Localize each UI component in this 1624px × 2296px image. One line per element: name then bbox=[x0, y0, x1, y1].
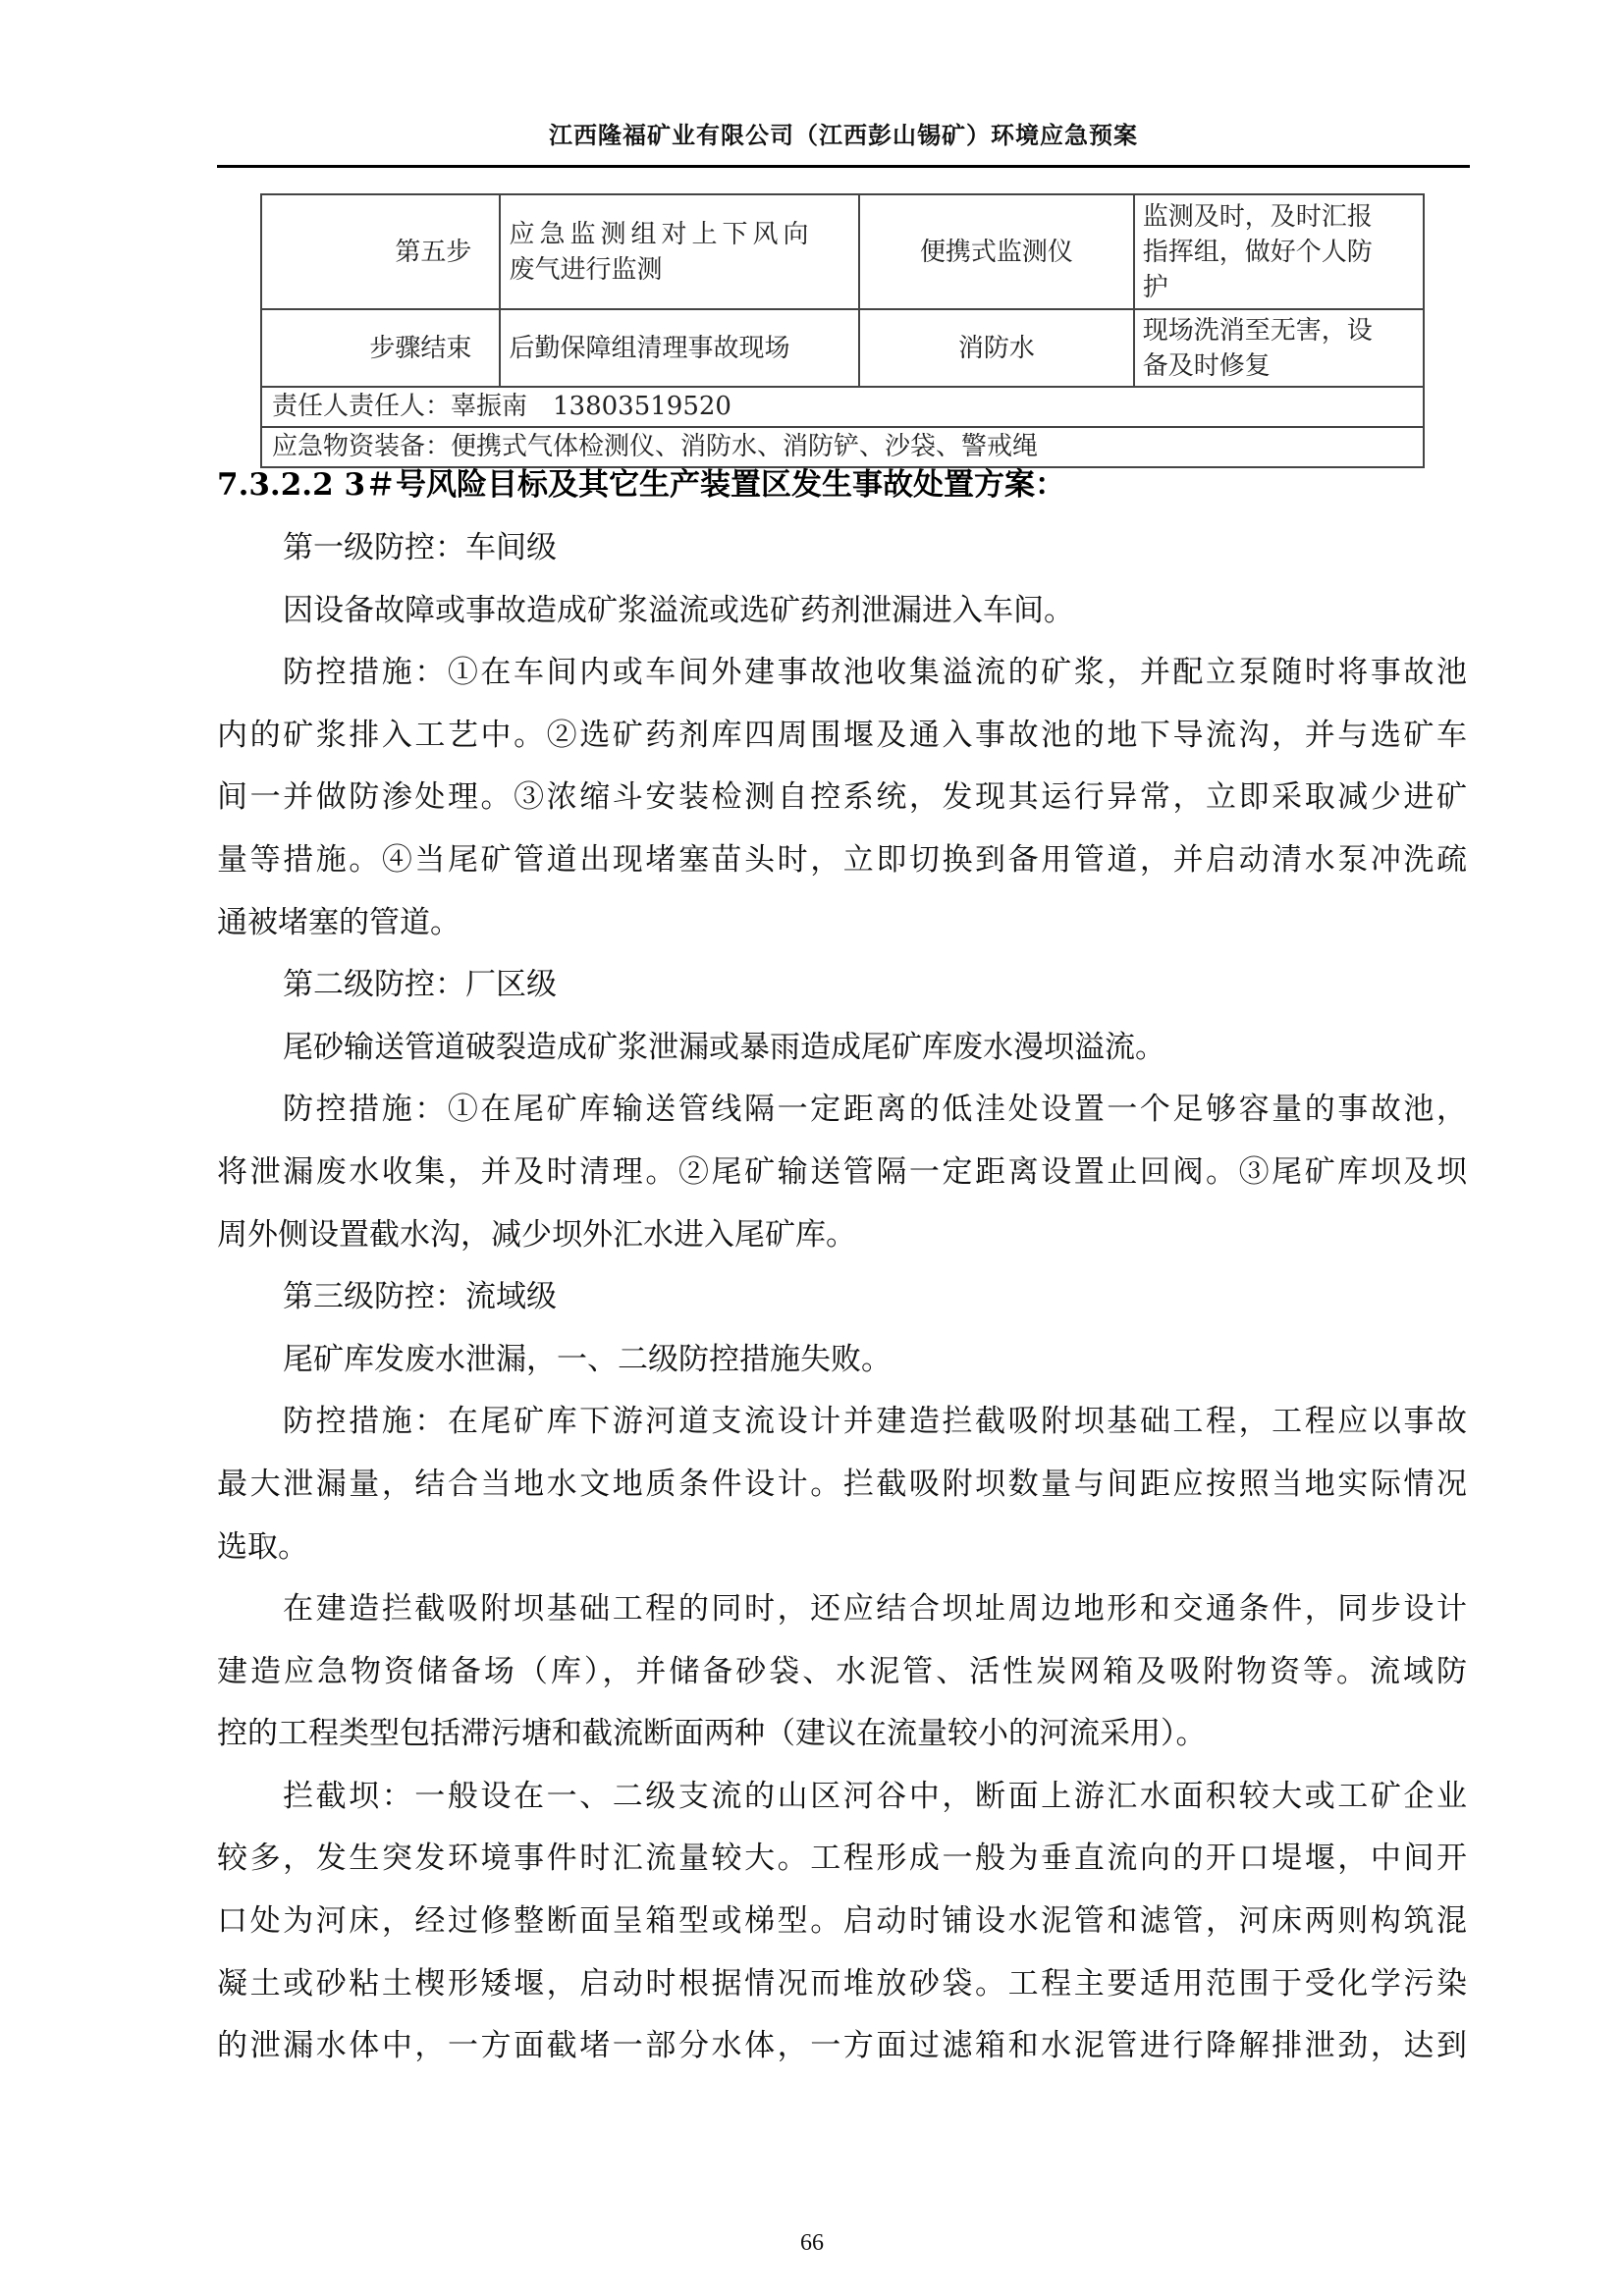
paragraph-line: 将泄漏废水收集，并及时清理。②尾矿输送管隔一定距离设置止回阀。③尾矿库坝及坝 bbox=[217, 1142, 1467, 1204]
emergency-steps-table: 第五步 应急监测组对上下风向 废气进行监测 便携式监测仪 监测及时，及时汇报 指… bbox=[260, 193, 1425, 468]
paragraph-line: 较多，发生突发环境事件时汇流量较大。工程形成一般为垂直流向的开口堤堰，中间开 bbox=[217, 1828, 1467, 1891]
paragraph-line: 因设备故障或事故造成矿浆溢流或选矿药剂泄漏进入车间。 bbox=[217, 580, 1467, 643]
document-header-title: 江西隆福矿业有限公司（江西彭山锡矿）环境应急预案 bbox=[217, 116, 1470, 150]
equipment-label: 便携式监测仪 bbox=[920, 238, 1073, 267]
paragraph-line: 第三级防控：流域级 bbox=[217, 1266, 1467, 1329]
responsible-person-cell: 责任人责任人：辜振南 13803519520 bbox=[261, 387, 1424, 427]
paragraph-line: 尾矿库发废水泄漏，一、二级防控措施失败。 bbox=[217, 1329, 1467, 1392]
requirement-line: 护 bbox=[1143, 270, 1415, 305]
paragraph-line: 尾砂输送管道破裂造成矿浆泄漏或暴雨造成尾矿库废水漫坝溢流。 bbox=[217, 1017, 1467, 1080]
paragraph-line: 间一并做防渗处理。③浓缩斗安装检测自控系统，发现其运行异常，立即采取减少进矿 bbox=[217, 767, 1467, 829]
paragraph-line: 防控措施：在尾矿库下游河道支流设计并建造拦截吸附坝基础工程，工程应以事故 bbox=[217, 1391, 1467, 1454]
paragraph-line: 量等措施。④当尾矿管道出现堵塞苗头时，立即切换到备用管道，并启动清水泵冲洗疏 bbox=[217, 829, 1467, 892]
equipment-cell: 便携式监测仪 bbox=[859, 194, 1134, 309]
requirement-cell: 监测及时，及时汇报 指挥组，做好个人防 护 bbox=[1134, 194, 1424, 309]
action-line: 废气进行监测 bbox=[509, 252, 850, 288]
paragraph-line: 第一级防控：车间级 bbox=[217, 517, 1467, 580]
step-label: 第五步 bbox=[270, 235, 471, 270]
paragraph-line: 通被堵塞的管道。 bbox=[217, 892, 1467, 955]
action-cell: 后勤保障组清理事故现场 bbox=[500, 309, 859, 387]
requirement-line: 监测及时，及时汇报 bbox=[1143, 199, 1415, 235]
equipment-cell: 消防水 bbox=[859, 309, 1134, 387]
paragraph-line: 建造应急物资储备场（库），并储备砂袋、水泥管、活性炭网箱及吸附物资等。流域防 bbox=[217, 1641, 1467, 1704]
table-row: 步骤结束 后勤保障组清理事故现场 消防水 现场洗消至无害，设 备及时修复 bbox=[261, 309, 1424, 387]
section-body: 第一级防控：车间级因设备故障或事故造成矿浆溢流或选矿药剂泄漏进入车间。防控措施：… bbox=[217, 517, 1467, 2078]
requirement-line: 备及时修复 bbox=[1143, 348, 1415, 384]
action-cell: 应急监测组对上下风向 废气进行监测 bbox=[500, 194, 859, 309]
paragraph-line: 内的矿浆排入工艺中。②选矿药剂库四周围堰及通入事故池的地下导流沟，并与选矿车 bbox=[217, 705, 1467, 768]
paragraph-line: 最大泄漏量，结合当地水文地质条件设计。拦截吸附坝数量与间距应按照当地实际情况 bbox=[217, 1454, 1467, 1517]
step-label: 步骤结束 bbox=[270, 331, 471, 366]
paragraph-line: 防控措施：①在车间内或车间外建事故池收集溢流的矿浆，并配立泵随时将事故池 bbox=[217, 642, 1467, 705]
table-row: 第五步 应急监测组对上下风向 废气进行监测 便携式监测仪 监测及时，及时汇报 指… bbox=[261, 194, 1424, 309]
requirement-line: 现场洗消至无害，设 bbox=[1143, 313, 1415, 348]
header-rule bbox=[217, 165, 1470, 168]
step-cell: 步骤结束 bbox=[261, 309, 500, 387]
requirement-cell: 现场洗消至无害，设 备及时修复 bbox=[1134, 309, 1424, 387]
step-cell: 第五步 bbox=[261, 194, 500, 309]
paragraph-line: 口处为河床，经过修整断面呈箱型或梯型。启动时铺设水泥管和滤管，河床两则构筑混 bbox=[217, 1891, 1467, 1953]
paragraph-line: 第二级防控：厂区级 bbox=[217, 954, 1467, 1017]
paragraph-line: 的泄漏水体中，一方面截堵一部分水体，一方面过滤箱和水泥管进行降解排泄劲，达到 bbox=[217, 2015, 1467, 2078]
paragraph-line: 凝土或砂粘土楔形矮堰，启动时根据情况而堆放砂袋。工程主要适用范围于受化学污染 bbox=[217, 1953, 1467, 2016]
paragraph-line: 防控措施：①在尾矿库输送管线隔一定距离的低洼处设置一个足够容量的事故池， bbox=[217, 1079, 1467, 1142]
equipment-label: 消防水 bbox=[958, 334, 1035, 363]
action-line: 后勤保障组清理事故现场 bbox=[509, 331, 850, 366]
paragraph-line: 选取。 bbox=[217, 1517, 1467, 1579]
requirement-line: 指挥组，做好个人防 bbox=[1143, 235, 1415, 270]
paragraph-line: 在建造拦截吸附坝基础工程的同时，还应结合坝址周边地形和交通条件，同步设计 bbox=[217, 1578, 1467, 1641]
action-line: 应急监测组对上下风向 bbox=[509, 217, 850, 252]
paragraph-line: 拦截坝：一般设在一、二级支流的山区河谷中，断面上游汇水面积较大或工矿企业 bbox=[217, 1766, 1467, 1829]
table-row: 责任人责任人：辜振南 13803519520 bbox=[261, 387, 1424, 427]
paragraph-line: 周外侧设置截水沟，减少坝外汇水进入尾矿库。 bbox=[217, 1204, 1467, 1267]
section-heading: 7.3.2.2 3＃号风险目标及其它生产装置区发生事故处置方案： bbox=[217, 459, 1065, 504]
page-number: 66 bbox=[0, 2230, 1624, 2257]
paragraph-line: 控的工程类型包括滞污塘和截流断面两种（建议在流量较小的河流采用）。 bbox=[217, 1703, 1467, 1766]
